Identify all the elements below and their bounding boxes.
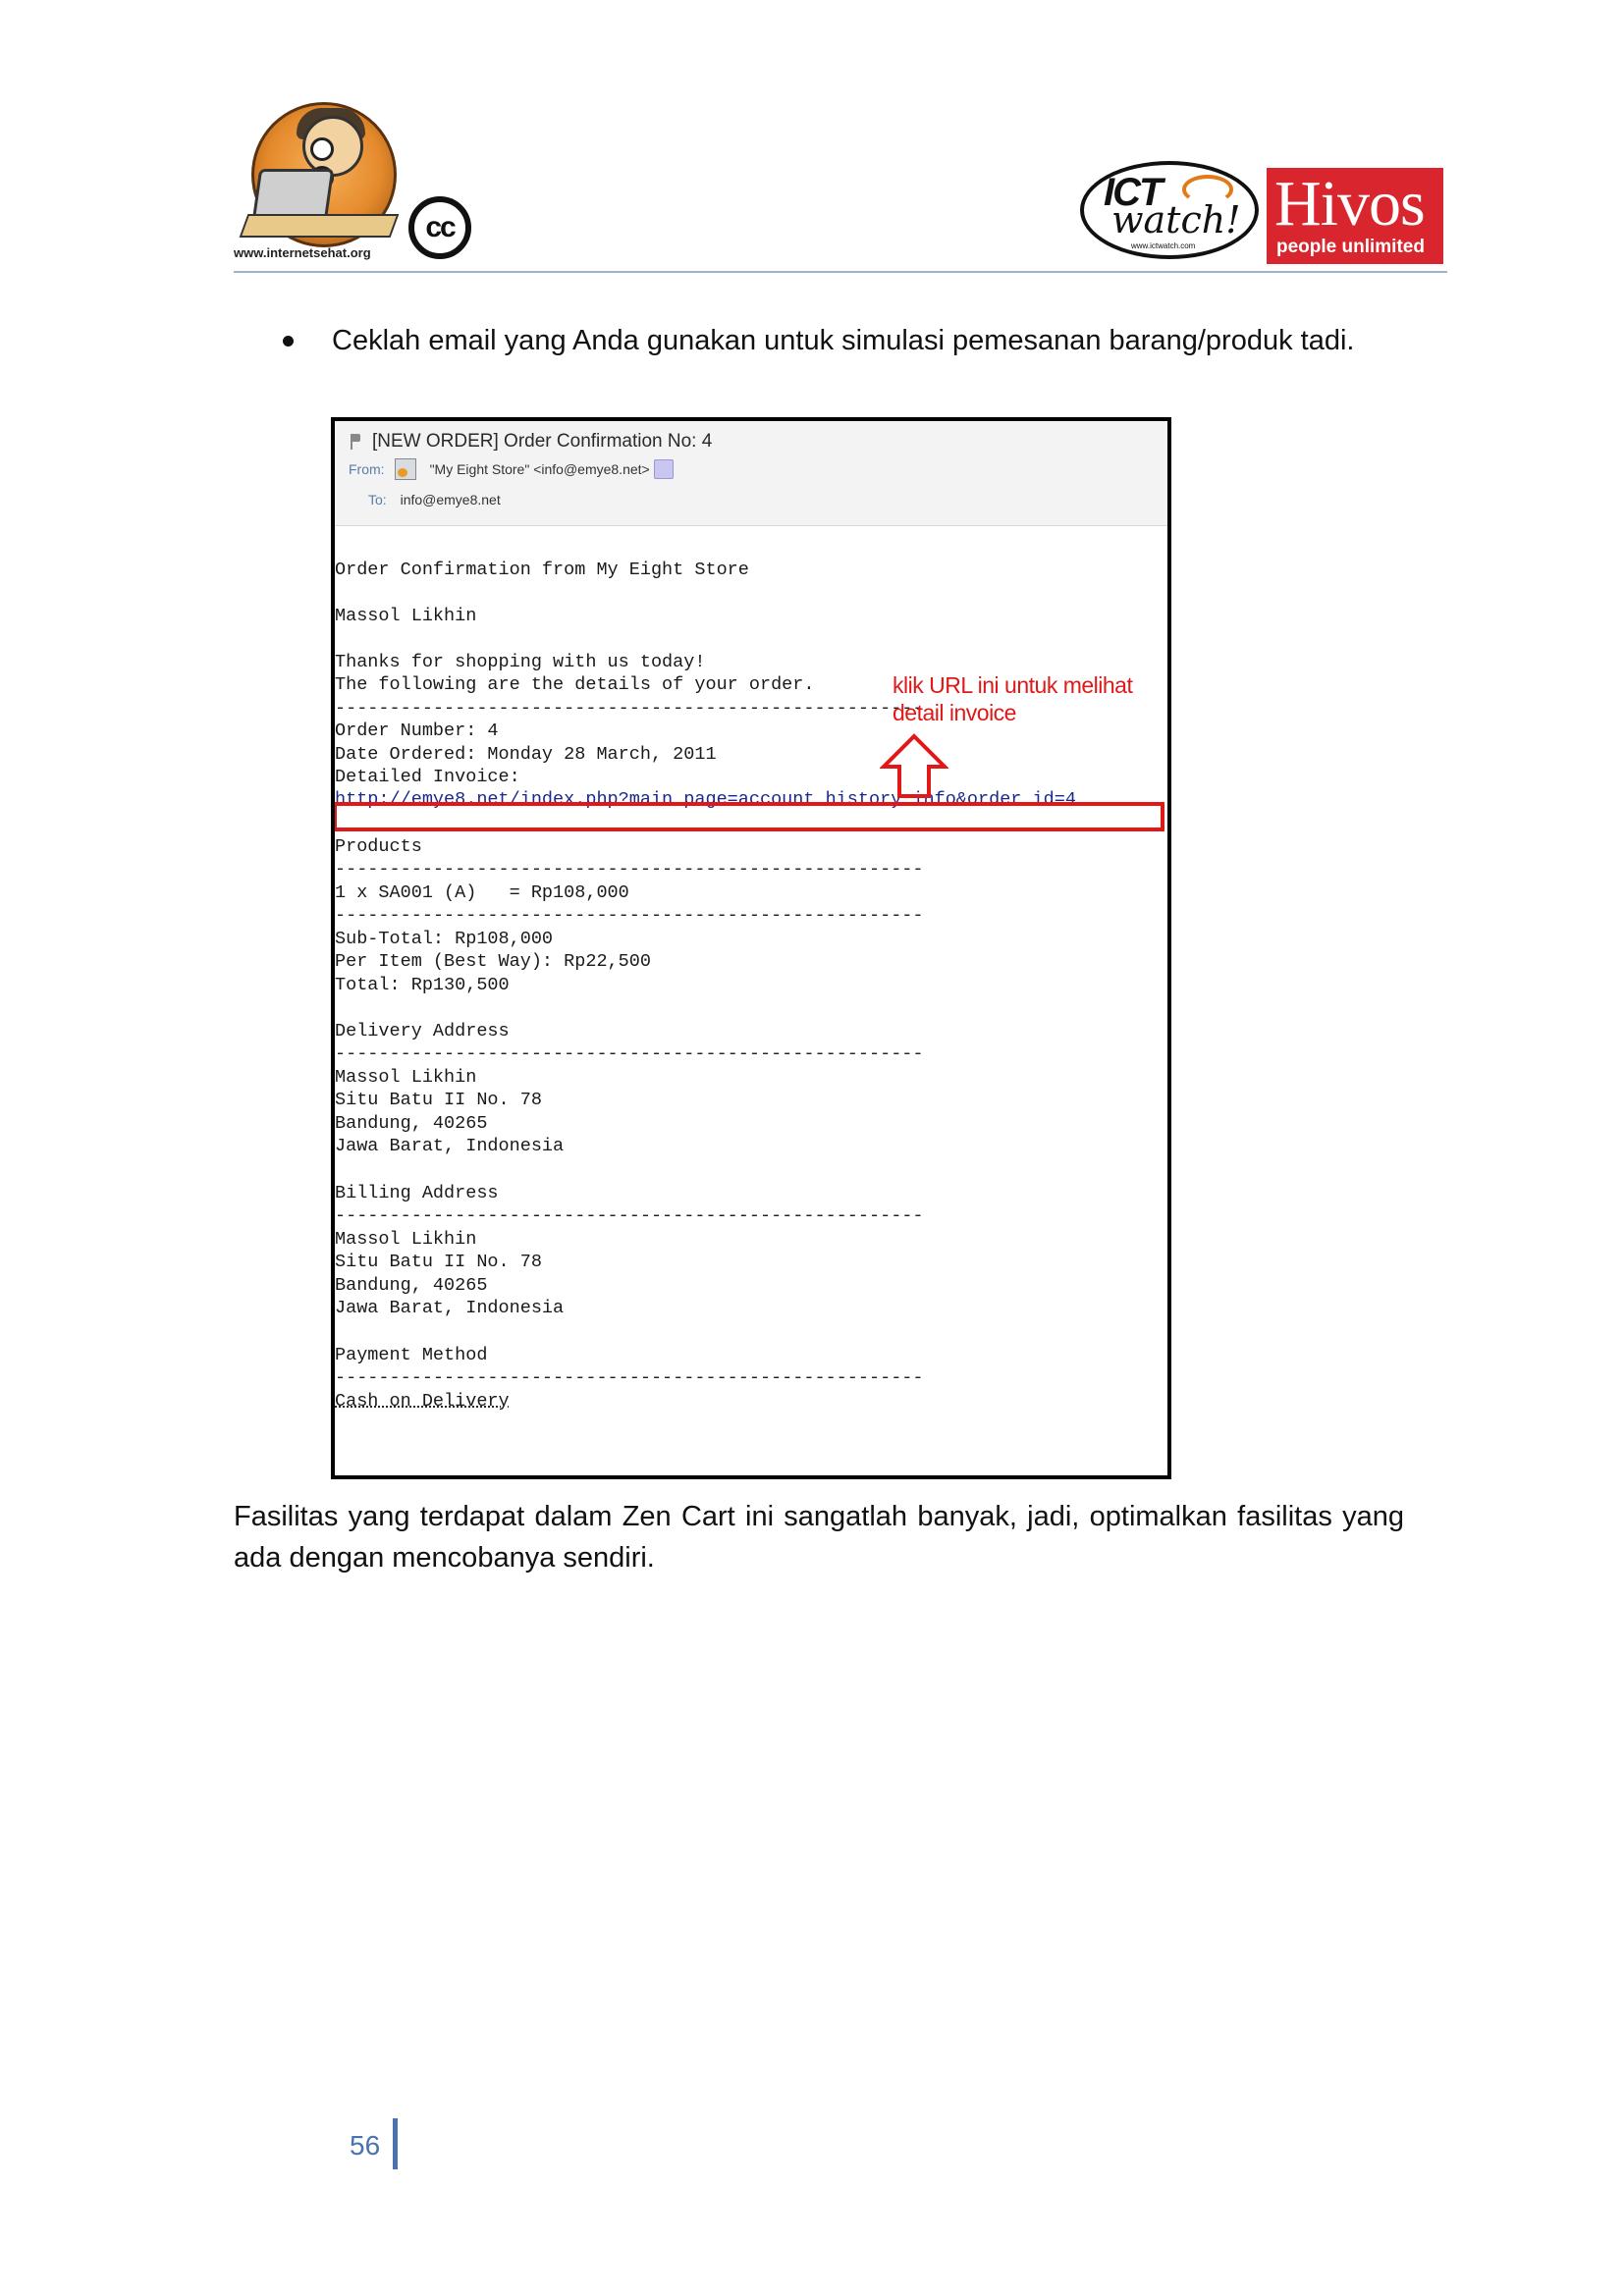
to-value: info@emye8.net — [401, 492, 501, 507]
logo-character-glasses — [310, 137, 353, 153]
thanks-line: Thanks for shopping with us today! — [335, 651, 705, 674]
email-to-row: To: info@emye8.net — [368, 492, 501, 507]
separator: ----------------------------------------… — [335, 697, 924, 721]
bullet-icon — [283, 336, 294, 347]
separator: ----------------------------------------… — [335, 1204, 924, 1228]
bullet-item: Ceklah email yang Anda gunakan untuk sim… — [283, 320, 1404, 361]
payment-method: Cash on Delivery — [335, 1390, 510, 1414]
from-label: From: — [349, 461, 385, 477]
ictwatch-logo-watch: watch! — [1111, 198, 1240, 241]
separator: ----------------------------------------… — [335, 1366, 924, 1390]
billing-address-line: Situ Batu II No. 78 — [335, 1251, 542, 1274]
bullet-text: Ceklah email yang Anda gunakan untuk sim… — [332, 320, 1404, 361]
order-total: Total: Rp130,500 — [335, 974, 510, 997]
billing-address-line: Bandung, 40265 — [335, 1274, 487, 1298]
certificate-key-icon — [395, 458, 416, 480]
hivos-tagline: people unlimited — [1276, 237, 1425, 258]
hivos-logo: Hivos people unlimited — [1267, 168, 1443, 264]
billing-address-line: Jawa Barat, Indonesia — [335, 1297, 564, 1320]
email-screenshot: [NEW ORDER] Order Confirmation No: 4 Fro… — [331, 417, 1171, 1479]
detailed-invoice-label: Detailed Invoice: — [335, 766, 520, 789]
products-heading: Products — [335, 835, 422, 859]
customer-name: Massol Likhin — [335, 605, 476, 628]
billing-address-line: Massol Likhin — [335, 1228, 476, 1252]
add-contact-icon[interactable] — [654, 459, 674, 479]
hivos-wordmark: Hivos — [1274, 172, 1425, 237]
details-line: The following are the details of your or… — [335, 673, 814, 697]
delivery-address-line: Bandung, 40265 — [335, 1112, 487, 1136]
email-subject: [NEW ORDER] Order Confirmation No: 4 — [372, 431, 712, 453]
annotation-line-1: klik URL ini untuk melihat — [893, 671, 1132, 699]
flag-icon[interactable] — [351, 434, 360, 450]
product-line: 1 x SA001 (A) = Rp108,000 — [335, 881, 629, 905]
internetsehat-url: www.internetsehat.org — [234, 245, 371, 260]
separator: ----------------------------------------… — [335, 1042, 924, 1066]
creative-commons-icon: cc — [408, 196, 471, 259]
annotation-callout: klik URL ini untuk melihat detail invoic… — [893, 671, 1132, 726]
subtotal: Sub-Total: Rp108,000 — [335, 928, 553, 951]
closing-paragraph: Fasilitas yang terdapat dalam Zen Cart i… — [234, 1496, 1404, 1578]
billing-heading: Billing Address — [335, 1182, 499, 1205]
up-arrow-icon — [880, 733, 948, 800]
annotation-line-2: detail invoice — [893, 699, 1132, 726]
internetsehat-logo: www.internetsehat.org cc — [234, 98, 479, 267]
shipping-cost: Per Item (Best Way): Rp22,500 — [335, 950, 651, 974]
payment-heading: Payment Method — [335, 1344, 487, 1367]
email-subject-row: [NEW ORDER] Order Confirmation No: 4 — [351, 431, 712, 453]
delivery-heading: Delivery Address — [335, 1020, 510, 1043]
delivery-address-line: Massol Likhin — [335, 1066, 476, 1090]
header-divider — [234, 271, 1447, 273]
page-number-bar — [393, 2118, 398, 2169]
email-header: [NEW ORDER] Order Confirmation No: 4 Fro… — [335, 421, 1167, 526]
delivery-address-line: Jawa Barat, Indonesia — [335, 1135, 564, 1158]
separator: ----------------------------------------… — [335, 904, 924, 928]
from-value[interactable]: "My Eight Store" <info@emye8.net> — [430, 461, 650, 477]
url-highlight-box — [333, 802, 1164, 831]
email-title: Order Confirmation from My Eight Store — [335, 559, 749, 582]
ictwatch-url: www.ictwatch.com — [1131, 241, 1195, 250]
to-label: To: — [368, 492, 387, 507]
order-number: Order Number: 4 — [335, 720, 499, 743]
separator: ----------------------------------------… — [335, 858, 924, 881]
logo-desk — [240, 214, 400, 238]
ictwatch-logo: ICT watch! www.ictwatch.com — [1080, 161, 1259, 259]
email-from-row: From: "My Eight Store" <info@emye8.net> — [349, 458, 674, 480]
date-ordered: Date Ordered: Monday 28 March, 2011 — [335, 743, 717, 767]
delivery-address-line: Situ Batu II No. 78 — [335, 1089, 542, 1112]
page-number: 56 — [350, 2130, 380, 2162]
